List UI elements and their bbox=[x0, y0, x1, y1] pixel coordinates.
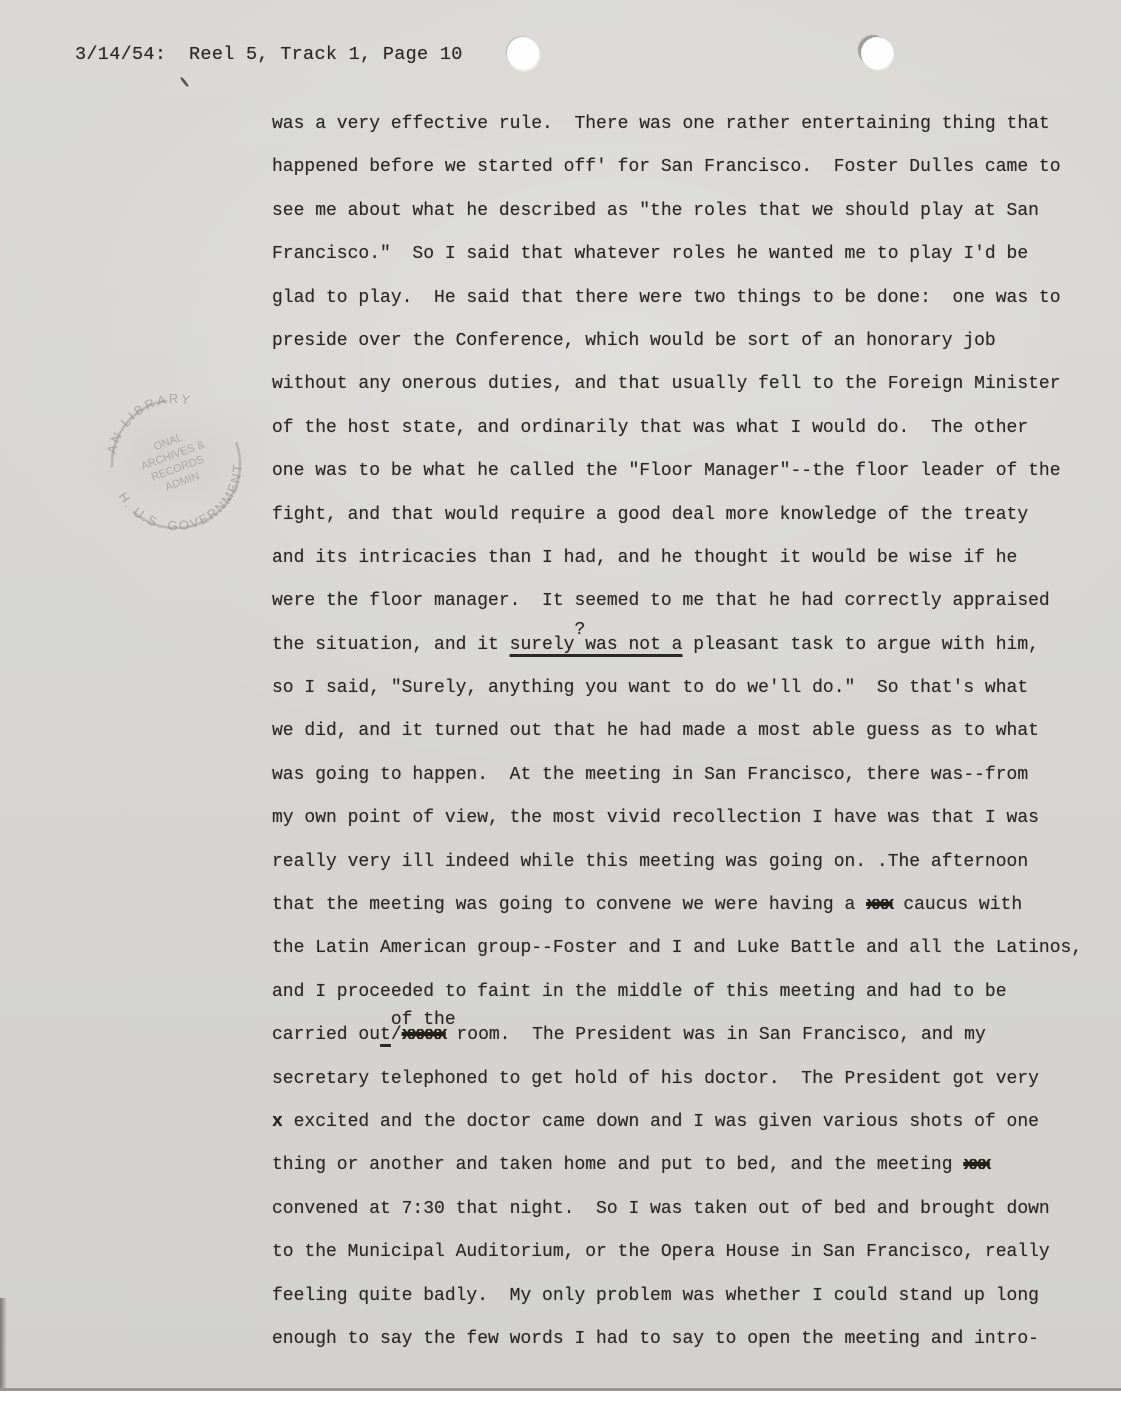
text-line: without any onerous duties, and that usu… bbox=[272, 363, 1102, 406]
text-line: the Latin American group--Foster and I a… bbox=[272, 927, 1102, 970]
text-segment: caucus with bbox=[893, 895, 1023, 915]
text-segment: so I said, "Surely, anything you want to… bbox=[272, 678, 1028, 698]
text-segment: x bbox=[272, 1112, 283, 1132]
interlinear-note: ? bbox=[574, 621, 585, 639]
text-segment: excited and the doctor came down and I w… bbox=[283, 1112, 1039, 1132]
text-segment: to the Municipal Auditorium, or the Oper… bbox=[272, 1242, 1050, 1262]
text-line: the situation, and it surely? was not a … bbox=[272, 624, 1102, 667]
text-segment: xxx bbox=[866, 895, 892, 915]
punch-hole-right bbox=[861, 37, 893, 69]
text-segment: was a very effective rule. There was one… bbox=[272, 114, 1050, 134]
text-line: carried outof the/xxxxx room. The Presid… bbox=[272, 1014, 1102, 1057]
text-line: feeling quite badly. My only problem was… bbox=[272, 1275, 1102, 1318]
text-segment: convened at 7:30 that night. So I was ta… bbox=[272, 1199, 1050, 1219]
annotated-segment: ? was not a bbox=[574, 635, 682, 655]
text-segment: secretary telephoned to get hold of his … bbox=[272, 1069, 1039, 1089]
text-segment: happened before we started off' for San … bbox=[272, 157, 1061, 177]
text-segment: were the floor manager. It seemed to me … bbox=[272, 591, 1050, 611]
text-line: so I said, "Surely, anything you want to… bbox=[272, 667, 1102, 710]
text-segment: my own point of view, the most vivid rec… bbox=[272, 808, 1039, 828]
text-segment: was not a bbox=[574, 635, 682, 655]
punch-hole-left bbox=[507, 37, 539, 69]
text-line: that the meeting was going to convene we… bbox=[272, 884, 1102, 927]
text-line: enough to say the few words I had to say… bbox=[272, 1318, 1102, 1361]
text-line: was going to happen. At the meeting in S… bbox=[272, 754, 1102, 797]
text-line: of the host state, and ordinarily that w… bbox=[272, 407, 1102, 450]
text-segment: surely bbox=[510, 635, 575, 655]
text-line: were the floor manager. It seemed to me … bbox=[272, 580, 1102, 623]
text-line: secretary telephoned to get hold of his … bbox=[272, 1058, 1102, 1101]
text-line: happened before we started off' for San … bbox=[272, 146, 1102, 189]
text-line: thing or another and taken home and put … bbox=[272, 1144, 1102, 1187]
text-segment: we did, and it turned out that he had ma… bbox=[272, 721, 1039, 741]
text-line: really very ill indeed while this meetin… bbox=[272, 841, 1102, 884]
text-segment: preside over the Conference, which would… bbox=[272, 331, 996, 351]
text-line: x excited and the doctor came down and I… bbox=[272, 1101, 1102, 1144]
scanned-page-canvas: 3/14/54: Reel 5, Track 1, Page 10 AN LIB… bbox=[0, 0, 1121, 1405]
text-segment: really very ill indeed while this meetin… bbox=[272, 852, 1028, 872]
text-line: we did, and it turned out that he had ma… bbox=[272, 710, 1102, 753]
text-line: and I proceeded to faint in the middle o… bbox=[272, 971, 1102, 1014]
text-segment: one was to be what he called the "Floor … bbox=[272, 461, 1061, 481]
interlinear-note: of the bbox=[391, 1011, 456, 1029]
text-line: fight, and that would require a good dea… bbox=[272, 494, 1102, 537]
text-segment: enough to say the few words I had to say… bbox=[272, 1329, 1039, 1349]
page-header: 3/14/54: Reel 5, Track 1, Page 10 bbox=[75, 44, 463, 65]
text-segment: xxx bbox=[963, 1155, 989, 1175]
text-line: Francisco." So I said that whatever role… bbox=[272, 233, 1102, 276]
text-segment: the Latin American group--Foster and I a… bbox=[272, 938, 1082, 958]
text-segment: was going to happen. At the meeting in S… bbox=[272, 765, 1028, 785]
text-line: and its intricacies than I had, and he t… bbox=[272, 537, 1102, 580]
text-segment: and its intricacies than I had, and he t… bbox=[272, 548, 1017, 568]
text-segment: room. The President was in San Francisco… bbox=[446, 1025, 986, 1045]
text-line: convened at 7:30 that night. So I was ta… bbox=[272, 1188, 1102, 1231]
text-segment: without any onerous duties, and that usu… bbox=[272, 374, 1061, 394]
text-line: glad to play. He said that there were tw… bbox=[272, 277, 1102, 320]
text-line: see me about what he described as "the r… bbox=[272, 190, 1102, 233]
text-segment: thing or another and taken home and put … bbox=[272, 1155, 963, 1175]
archive-stamp: AN LIBRARY H. U.S. GOVERNMENT ONAL ARCHI… bbox=[92, 380, 260, 548]
text-line: one was to be what he called the "Floor … bbox=[272, 450, 1102, 493]
text-segment: that the meeting was going to convene we… bbox=[272, 895, 866, 915]
annotated-segment: of the/ bbox=[391, 1025, 402, 1045]
text-segment: glad to play. He said that there were tw… bbox=[272, 288, 1061, 308]
text-line: was a very effective rule. There was one… bbox=[272, 103, 1102, 146]
document-page: 3/14/54: Reel 5, Track 1, Page 10 AN LIB… bbox=[0, 0, 1121, 1391]
pen-mark bbox=[180, 76, 190, 87]
text-segment: fight, and that would require a good dea… bbox=[272, 505, 1028, 525]
text-segment: of the host state, and ordinarily that w… bbox=[272, 418, 1028, 438]
text-segment: the situation, and it bbox=[272, 635, 510, 655]
text-segment: see me about what he described as "the r… bbox=[272, 201, 1039, 221]
typescript-body: was a very effective rule. There was one… bbox=[272, 103, 1102, 1361]
text-segment: carried ou bbox=[272, 1025, 380, 1045]
text-line: preside over the Conference, which would… bbox=[272, 320, 1102, 363]
text-segment: and I proceeded to faint in the middle o… bbox=[272, 982, 1007, 1002]
text-line: my own point of view, the most vivid rec… bbox=[272, 797, 1102, 840]
text-segment: Francisco." So I said that whatever role… bbox=[272, 244, 1028, 264]
text-segment: feeling quite badly. My only problem was… bbox=[272, 1286, 1039, 1306]
text-line: to the Municipal Auditorium, or the Oper… bbox=[272, 1231, 1102, 1274]
text-segment: t bbox=[380, 1025, 391, 1045]
text-segment: pleasant task to argue with him, bbox=[682, 635, 1038, 655]
